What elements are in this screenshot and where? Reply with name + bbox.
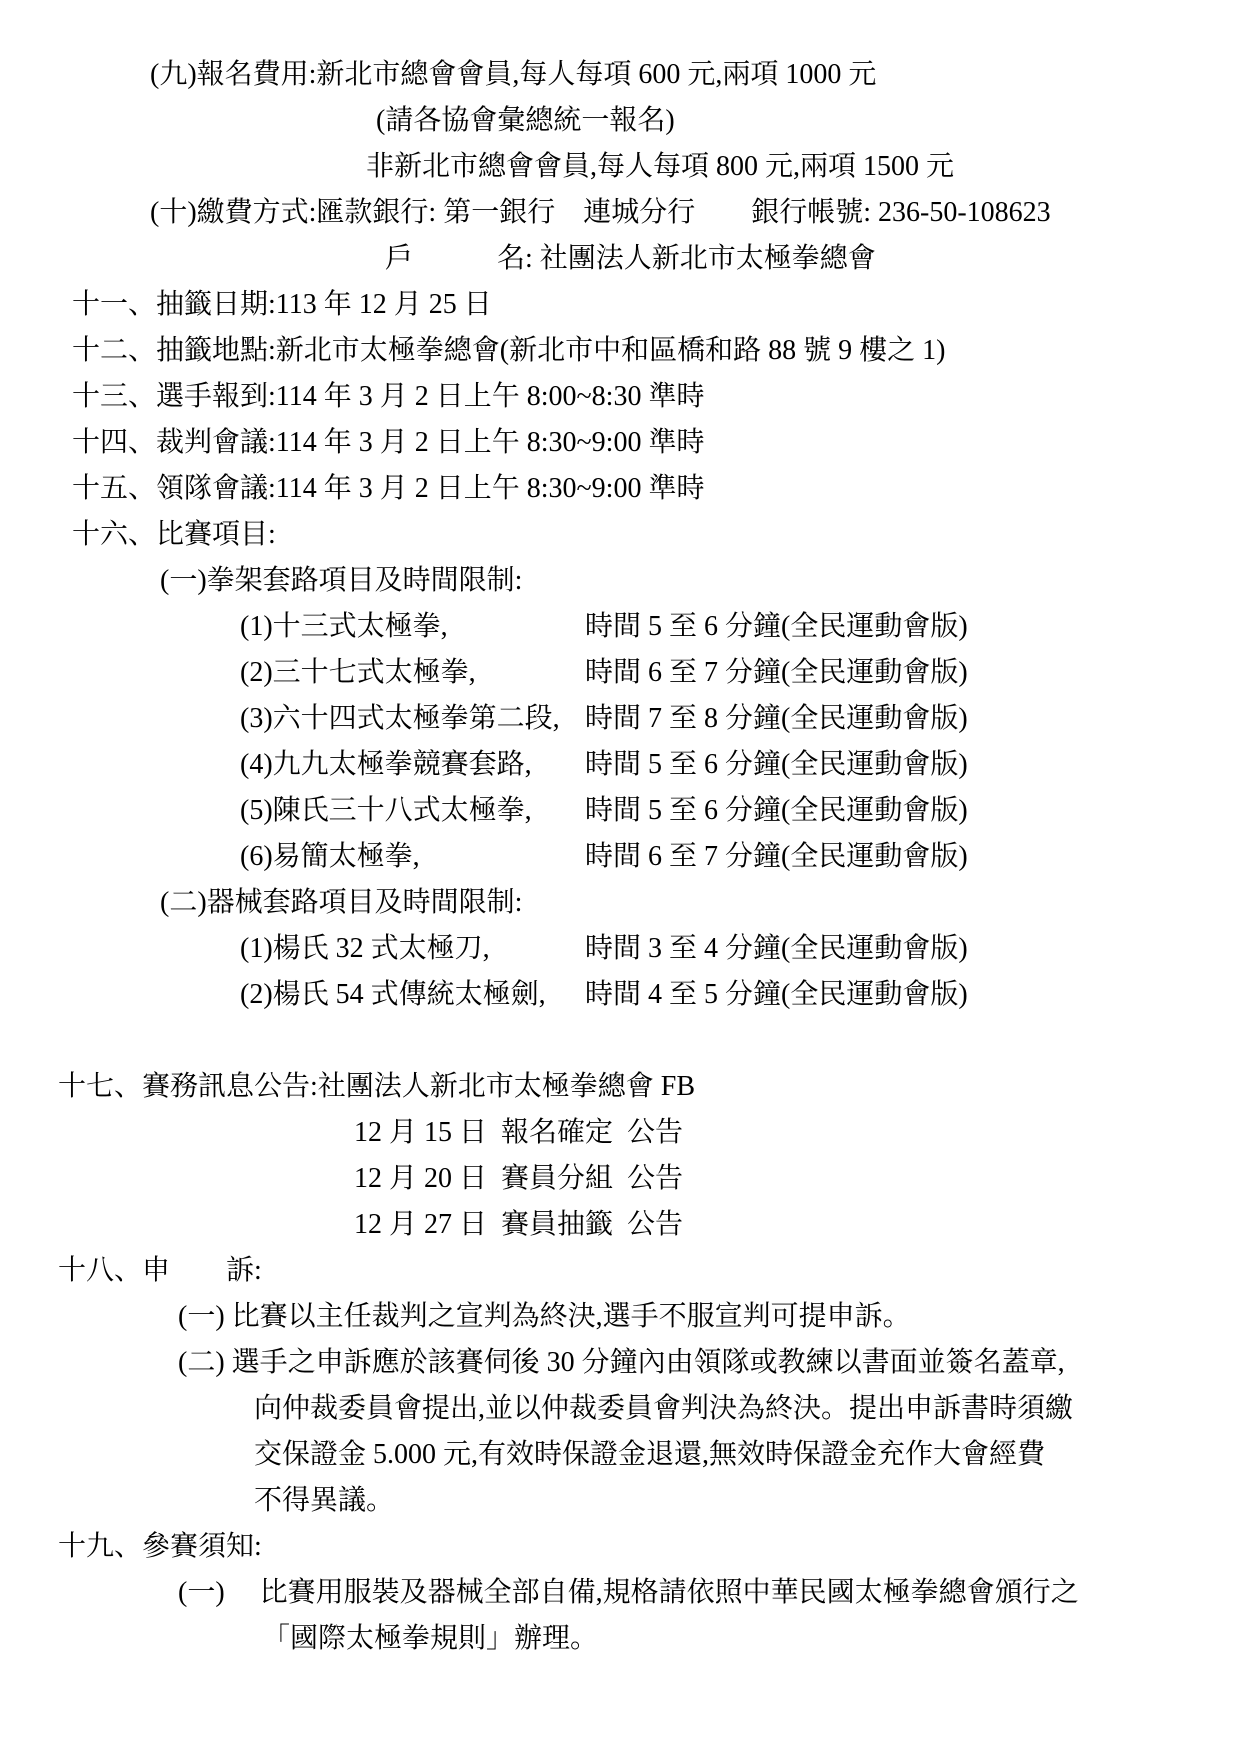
- item-name: (1)楊氏 32 式太極刀,: [240, 926, 585, 972]
- item-time-limit: 時間 5 至 6 分鐘(全民運動會版): [585, 788, 968, 834]
- line-text: 十六、比賽項目:: [72, 519, 276, 550]
- document-line: 12 月 27 日 賽員抽籤 公告: [0, 1202, 1240, 1248]
- document-line: (一)拳架套路項目及時間限制:: [0, 558, 1240, 604]
- document-line: (1)十三式太極拳,時間 5 至 6 分鐘(全民運動會版): [0, 604, 1240, 650]
- document-line: 十三、選手報到:114 年 3 月 2 日上午 8:00~8:30 準時: [0, 374, 1240, 420]
- item-name: (4)九九太極拳競賽套路,: [240, 742, 585, 788]
- item-name: (3)六十四式太極拳第二段,: [240, 696, 585, 742]
- document-line: 12 月 15 日 報名確定 公告: [0, 1110, 1240, 1156]
- document-line: 十一、抽籤日期:113 年 12 月 25 日: [0, 282, 1240, 328]
- blank-line: [0, 1018, 1240, 1064]
- document-line: (二)器械套路項目及時間限制:: [0, 880, 1240, 926]
- document-line: (請各協會彙總統一報名): [0, 98, 1240, 144]
- document-line: 十八、申 訴:: [0, 1248, 1240, 1294]
- line-text: (二) 選手之申訴應於該賽伺後 30 分鐘內由領隊或教練以書面並簽名蓋章,: [178, 1347, 1065, 1378]
- line-text: 十八、申 訴:: [58, 1255, 262, 1286]
- document-line: (6)易簡太極拳,時間 6 至 7 分鐘(全民運動會版): [0, 834, 1240, 880]
- item-time-limit: 時間 7 至 8 分鐘(全民運動會版): [585, 696, 968, 742]
- line-text: 向仲裁委員會提出,並以仲裁委員會判決為終決。提出申訴書時須繳: [254, 1393, 1073, 1424]
- line-text: (請各協會彙總統一報名): [376, 105, 675, 136]
- document-line: 交保證金 5.000 元,有效時保證金退還,無效時保證金充作大會經費: [0, 1432, 1240, 1478]
- line-text: 十二、抽籤地點:新北市太極拳總會(新北市中和區橋和路 88 號 9 樓之 1): [72, 335, 945, 366]
- line-text: 十一、抽籤日期:113 年 12 月 25 日: [72, 289, 492, 320]
- line-text: (九)報名費用:新北市總會會員,每人每項 600 元,兩項 1000 元: [150, 59, 876, 90]
- document-line: 十二、抽籤地點:新北市太極拳總會(新北市中和區橋和路 88 號 9 樓之 1): [0, 328, 1240, 374]
- item-time-limit: 時間 3 至 4 分鐘(全民運動會版): [585, 926, 968, 972]
- document-line: (一) 比賽用服裝及器械全部自備,規格請依照中華民國太極拳總會頒行之: [0, 1570, 1240, 1616]
- line-text: 十三、選手報到:114 年 3 月 2 日上午 8:00~8:30 準時: [72, 381, 704, 412]
- line-text: 非新北市總會會員,每人每項 800 元,兩項 1500 元: [366, 151, 954, 182]
- line-text: 交保證金 5.000 元,有效時保證金退還,無效時保證金充作大會經費: [254, 1439, 1045, 1470]
- document-page: (九)報名費用:新北市總會會員,每人每項 600 元,兩項 1000 元(請各協…: [0, 0, 1240, 1662]
- document-line: (4)九九太極拳競賽套路,時間 5 至 6 分鐘(全民運動會版): [0, 742, 1240, 788]
- item-time-limit: 時間 6 至 7 分鐘(全民運動會版): [585, 834, 968, 880]
- line-text: 「國際太極拳規則」辦理。: [262, 1623, 598, 1654]
- line-text: (一)拳架套路項目及時間限制:: [160, 565, 522, 596]
- document-line: (5)陳氏三十八式太極拳,時間 5 至 6 分鐘(全民運動會版): [0, 788, 1240, 834]
- line-text: 不得異議。: [254, 1485, 394, 1516]
- line-text: 12 月 27 日 賽員抽籤 公告: [354, 1209, 683, 1240]
- item-time-limit: 時間 4 至 5 分鐘(全民運動會版): [585, 972, 968, 1018]
- document-line: (十)繳費方式:匯款銀行: 第一銀行 連城分行 銀行帳號: 236-50-108…: [0, 190, 1240, 236]
- item-time-limit: 時間 5 至 6 分鐘(全民運動會版): [585, 604, 968, 650]
- document-line: 十四、裁判會議:114 年 3 月 2 日上午 8:30~9:00 準時: [0, 420, 1240, 466]
- line-text: (一) 比賽以主任裁判之宣判為終決,選手不服宣判可提申訴。: [178, 1301, 911, 1332]
- item-name: (2)三十七式太極拳,: [240, 650, 585, 696]
- document-line: (二) 選手之申訴應於該賽伺後 30 分鐘內由領隊或教練以書面並簽名蓋章,: [0, 1340, 1240, 1386]
- document-line: (九)報名費用:新北市總會會員,每人每項 600 元,兩項 1000 元: [0, 52, 1240, 98]
- line-text: 十四、裁判會議:114 年 3 月 2 日上午 8:30~9:00 準時: [72, 427, 704, 458]
- document-line: 「國際太極拳規則」辦理。: [0, 1616, 1240, 1662]
- document-line: (2)楊氏 54 式傳統太極劍,時間 4 至 5 分鐘(全民運動會版): [0, 972, 1240, 1018]
- line-text: 12 月 20 日 賽員分組 公告: [354, 1163, 683, 1194]
- document-line: (1)楊氏 32 式太極刀,時間 3 至 4 分鐘(全民運動會版): [0, 926, 1240, 972]
- line-text: 12 月 15 日 報名確定 公告: [354, 1117, 683, 1148]
- line-text: 戶 名: 社團法人新北市太極拳總會: [385, 243, 876, 274]
- document-body: (九)報名費用:新北市總會會員,每人每項 600 元,兩項 1000 元(請各協…: [0, 52, 1240, 1662]
- document-line: 十九、參賽須知:: [0, 1524, 1240, 1570]
- line-text: 十七、賽務訊息公告:社團法人新北市太極拳總會 FB: [58, 1071, 695, 1102]
- item-name: (2)楊氏 54 式傳統太極劍,: [240, 972, 585, 1018]
- line-text: (一) 比賽用服裝及器械全部自備,規格請依照中華民國太極拳總會頒行之: [178, 1577, 1079, 1608]
- line-text: (十)繳費方式:匯款銀行: 第一銀行 連城分行 銀行帳號: 236-50-108…: [150, 197, 1051, 228]
- document-line: 十六、比賽項目:: [0, 512, 1240, 558]
- item-name: (1)十三式太極拳,: [240, 604, 585, 650]
- line-text: 十九、參賽須知:: [58, 1531, 262, 1562]
- item-time-limit: 時間 6 至 7 分鐘(全民運動會版): [585, 650, 968, 696]
- line-text: (二)器械套路項目及時間限制:: [160, 887, 522, 918]
- document-line: 非新北市總會會員,每人每項 800 元,兩項 1500 元: [0, 144, 1240, 190]
- document-line: (一) 比賽以主任裁判之宣判為終決,選手不服宣判可提申訴。: [0, 1294, 1240, 1340]
- item-name: (6)易簡太極拳,: [240, 834, 585, 880]
- document-line: 十五、領隊會議:114 年 3 月 2 日上午 8:30~9:00 準時: [0, 466, 1240, 512]
- item-name: (5)陳氏三十八式太極拳,: [240, 788, 585, 834]
- line-text: 十五、領隊會議:114 年 3 月 2 日上午 8:30~9:00 準時: [72, 473, 704, 504]
- document-line: (3)六十四式太極拳第二段,時間 7 至 8 分鐘(全民運動會版): [0, 696, 1240, 742]
- item-time-limit: 時間 5 至 6 分鐘(全民運動會版): [585, 742, 968, 788]
- document-line: (2)三十七式太極拳,時間 6 至 7 分鐘(全民運動會版): [0, 650, 1240, 696]
- document-line: 不得異議。: [0, 1478, 1240, 1524]
- document-line: 向仲裁委員會提出,並以仲裁委員會判決為終決。提出申訴書時須繳: [0, 1386, 1240, 1432]
- document-line: 12 月 20 日 賽員分組 公告: [0, 1156, 1240, 1202]
- document-line: 戶 名: 社團法人新北市太極拳總會: [0, 236, 1240, 282]
- document-line: 十七、賽務訊息公告:社團法人新北市太極拳總會 FB: [0, 1064, 1240, 1110]
